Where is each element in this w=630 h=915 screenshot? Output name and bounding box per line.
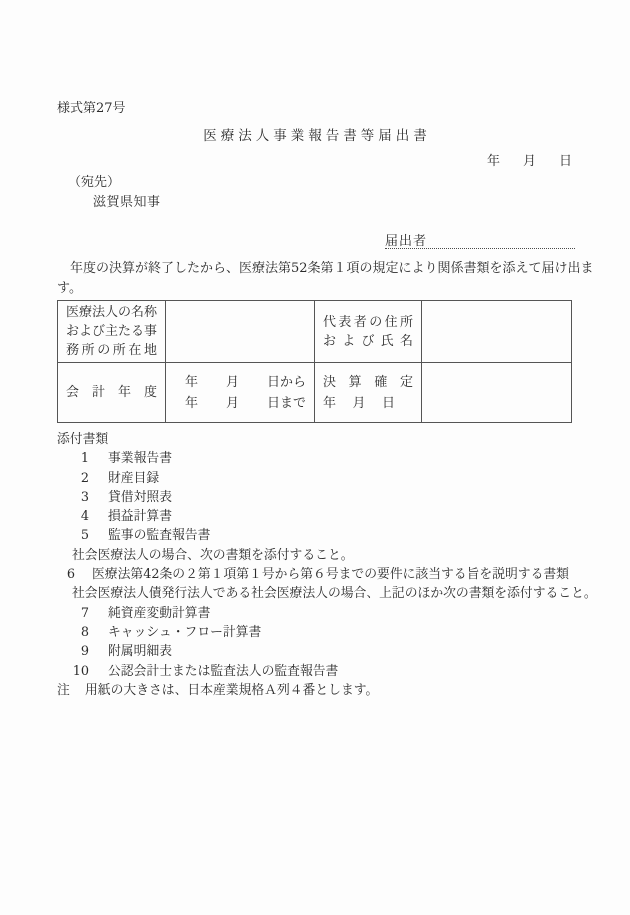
body-paragraph: 年度の決算が終了したから、医療法第52条第１項の規定により関係書類を添えて届け出… [57, 259, 581, 298]
attachment-item-label: 附属明細表 [108, 642, 172, 661]
addressee-label: （宛先） [68, 171, 120, 190]
corp-name-value-cell[interactable] [165, 301, 314, 362]
settlement-month: 月 [352, 393, 365, 414]
settlement-label-cell: 決算確定 年 月 日 [314, 362, 421, 422]
attachment-item-label: 財産目録 [108, 469, 159, 488]
attachment-item-number: 5 [57, 526, 89, 545]
attachment-note-text: 社会医療法人債発行法人である社会医療法人の場合、上記のほか次の書類を添付すること… [72, 584, 597, 603]
attachment-note-bond: 社会医療法人債発行法人である社会医療法人の場合、上記のほか次の書類を添付すること… [72, 584, 597, 603]
attachments-heading-label: 添付書類 [57, 430, 108, 449]
corp-name-label-line: 医療法人の名称 [66, 303, 157, 322]
attachment-item-label: 医療法第42条の２第１項第１号から第６号までの要件に該当する旨を説明する書類 [92, 565, 569, 584]
attachment-item: 9 附属明細表 [57, 642, 597, 661]
attachment-item: 7 純資産変動計算書 [57, 604, 597, 623]
settlement-year: 年 [323, 393, 336, 414]
representative-label-line: および氏名 [323, 332, 413, 351]
attachment-item: 5 監事の監査報告書 [57, 526, 597, 545]
body-line: す。 [57, 279, 581, 299]
attachment-item-label: 事業報告書 [108, 449, 172, 468]
attachment-item-label: 監事の監査報告書 [108, 526, 210, 545]
form-page: 様式第27号 医療法人事業報告書等届出書 年 月 日 （宛先） 滋賀県知事 届出… [0, 0, 630, 915]
applicant-signature-field[interactable]: 届出者 [385, 230, 575, 249]
attachment-item-number: 10 [57, 662, 89, 681]
attachment-item-label: キャッシュ・フロー計算書 [108, 623, 261, 642]
page-title: 医療法人事業報告書等届出書 [0, 124, 630, 144]
body-line: 年度の決算が終了したから、医療法第52条第１項の規定により関係書類を添えて届け出… [57, 259, 581, 279]
attachment-note-text: 社会医療法人の場合、次の書類を添付すること。 [72, 546, 354, 565]
fiscal-year-label: 会計年度 [66, 383, 157, 402]
representative-label-line: 代表者の住所 [323, 313, 413, 332]
attachment-item-number: 3 [57, 488, 89, 507]
fiscal-period-to-line: 年 月 日まで [185, 393, 306, 414]
fiscal-period-from-line: 年 月 日から [185, 372, 306, 393]
paper-size-note: 注 用紙の大きさは、日本産業規格Ａ列４番とします。 [57, 681, 597, 700]
attachment-item-label: 損益計算書 [108, 507, 172, 526]
corp-name-label-cell: 医療法人の名称 および主たる事 務所の所在地 [58, 301, 165, 362]
attachment-note-social: 社会医療法人の場合、次の書類を添付すること。 [72, 546, 597, 565]
period-from-year: 年 [185, 372, 198, 393]
fiscal-period-cell[interactable]: 年 月 日から 年 月 日まで [165, 362, 314, 422]
date-year-label: 年 [487, 150, 500, 169]
attachment-item: 8 キャッシュ・フロー計算書 [57, 623, 597, 642]
representative-value-cell[interactable] [421, 301, 571, 362]
attachment-item: 2 財産目録 [57, 469, 597, 488]
attachment-item: 6 医療法第42条の２第１項第１号から第６号までの要件に該当する旨を説明する書類 [57, 565, 597, 584]
attachments-section: 添付書類 1 事業報告書 2 財産目録 3 貸借対照表 4 損益計算書 5 監事… [57, 430, 597, 700]
representative-label-cell: 代表者の住所 および氏名 [314, 301, 421, 362]
paper-size-note-marker: 注 [57, 681, 70, 700]
attachment-item-number: 6 [57, 565, 75, 584]
attachment-item: 10 公認会計士または監査法人の監査報告書 [57, 662, 597, 681]
corp-name-label-line: 務所の所在地 [66, 341, 157, 360]
attachment-item-number: 7 [57, 604, 89, 623]
attachment-item: 3 貸借対照表 [57, 488, 597, 507]
fiscal-year-label-cell: 会計年度 [58, 362, 165, 422]
attachment-item-number: 2 [57, 469, 89, 488]
main-table: 医療法人の名称 および主たる事 務所の所在地 代表者の住所 および氏名 会計年度… [57, 300, 572, 423]
attachment-item: 1 事業報告書 [57, 449, 597, 468]
attachment-item: 4 損益計算書 [57, 507, 597, 526]
settlement-label: 決算確定 [323, 372, 413, 393]
attachment-item-label: 貸借対照表 [108, 488, 172, 507]
attachment-item-number: 8 [57, 623, 89, 642]
settlement-date-line: 年 月 日 [323, 393, 395, 414]
addressee-name: 滋賀県知事 [93, 191, 161, 210]
date-day-label: 日 [559, 150, 572, 169]
attachments-heading: 添付書類 [57, 430, 597, 449]
paper-size-note-text: 用紙の大きさは、日本産業規格Ａ列４番とします。 [85, 681, 378, 700]
attachment-item-number: 9 [57, 642, 89, 661]
date-month-label: 月 [523, 150, 536, 169]
attachment-item-number: 1 [57, 449, 89, 468]
settlement-day: 日 [382, 393, 395, 414]
attachment-item-label: 公認会計士または監査法人の監査報告書 [108, 662, 338, 681]
settlement-value-cell[interactable] [421, 362, 571, 422]
date-line: 年 月 日 [487, 150, 572, 169]
attachment-item-number: 4 [57, 507, 89, 526]
attachment-item-label: 純資産変動計算書 [108, 604, 210, 623]
form-number: 様式第27号 [57, 97, 126, 116]
period-from-day: 日から [267, 372, 306, 393]
applicant-label: 届出者 [385, 234, 427, 249]
period-to-day: 日まで [267, 393, 306, 414]
corp-name-label-line: および主たる事 [66, 322, 157, 341]
period-from-month: 月 [226, 372, 239, 393]
period-to-year: 年 [185, 393, 198, 414]
period-to-month: 月 [226, 393, 239, 414]
